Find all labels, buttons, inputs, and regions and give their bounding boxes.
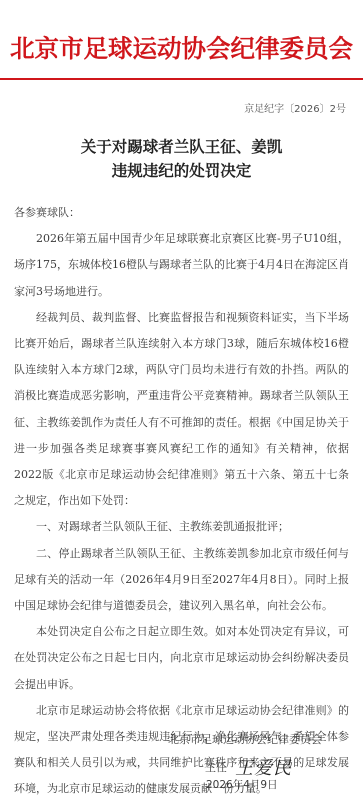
document-title-line-2: 违规违纪的处罚决定 (0, 159, 363, 183)
paragraph-match-info: 2026年第五届中国青少年足球联赛北京赛区比赛-男子U10组，场序175，东城体… (14, 226, 349, 305)
signature-date: 2026年4月9日 (206, 777, 278, 792)
document-number: 京足纪字〔2026〕2号 (244, 100, 346, 115)
red-divider-rule (0, 78, 363, 80)
paragraph-penalty-2: 二、停止踢球者兰队领队王征、主教练姜凯参加北京市级任何与足球有关的活动一年（20… (14, 541, 349, 620)
director-label: 主任 (205, 759, 227, 775)
paragraph-penalty-1: 一、对踢球者兰队领队王征、主教练姜凯通报批评； (14, 514, 349, 540)
document-body: 各参赛球队： 2026年第五届中国青少年足球联赛北京赛区比赛-男子U10组，场序… (14, 200, 349, 800)
document-title: 关于对踢球者兰队王征、姜凯 违规违纪的处罚决定 (0, 135, 363, 183)
salutation: 各参赛球队： (14, 200, 349, 226)
paragraph-findings: 经裁判员、裁判监督、比赛监督报告和视频资料证实，当下半场比赛开始后，踢球者兰队连… (14, 305, 349, 515)
signature-organization: 北京市足球运动协会纪律委员会 (168, 731, 322, 747)
paragraph-closing: 北京市足球运动协会将依据《北京市足球运动协会纪律准则》的规定，坚决严肃处理各类违… (14, 698, 349, 800)
document-title-line-1: 关于对踢球者兰队王征、姜凯 (0, 135, 363, 159)
issuing-organization-title: 北京市足球运动协会纪律委员会 (0, 30, 363, 65)
paragraph-effective-appeal: 本处罚决定自公布之日起立即生效。如对本处罚决定有异议，可在处罚决定公布之日起七日… (14, 619, 349, 698)
